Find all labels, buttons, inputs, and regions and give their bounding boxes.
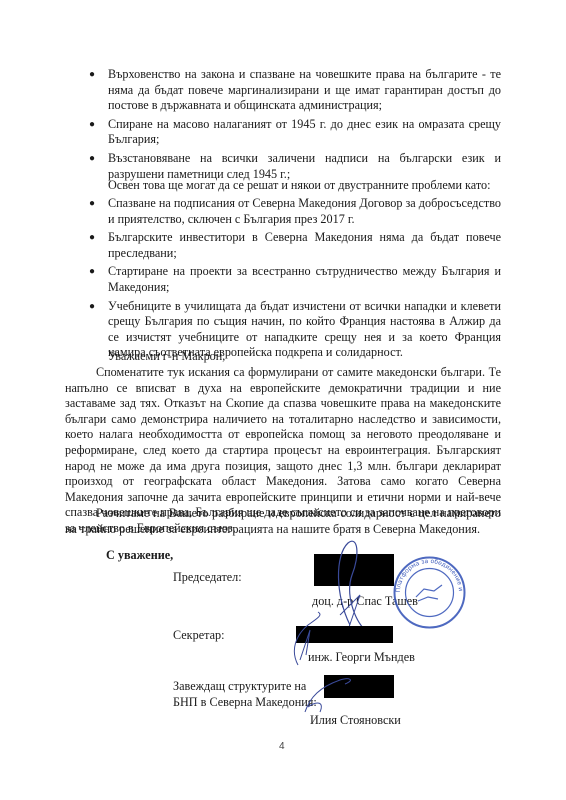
list-item: ●Върховенство на закона и спазване на чо…: [86, 67, 501, 114]
bullet-icon: ●: [89, 230, 95, 246]
stamp-icon: Платформа за обединение и развитие: [392, 555, 467, 630]
bilateral-list: ●Спазване на подписания от Северна Макед…: [86, 196, 501, 364]
document-page: ●Върховенство на закона и спазване на чо…: [0, 0, 566, 800]
list-item: ●Спиране на масово налаганият от 1945 г.…: [86, 117, 501, 148]
secretary-label: Секретар:: [173, 628, 224, 644]
bullet-icon: ●: [89, 196, 95, 212]
bilateral-intro: Освен това ще могат да се решат и някои …: [108, 178, 508, 194]
regards: С уважение,: [106, 548, 173, 564]
list-item: ●Българските инвеститори в Северна Макед…: [86, 230, 501, 261]
closing-paragraph: Разчитаме на Вашето разбиране и европейс…: [65, 506, 501, 537]
list-item: ●Спазване на подписания от Северна Макед…: [86, 196, 501, 227]
bullet-icon: ●: [89, 151, 95, 167]
chairman-label: Председател:: [173, 570, 242, 586]
page-number: 4: [279, 741, 285, 752]
bullet-icon: ●: [89, 67, 95, 83]
signature-icon: [300, 672, 360, 717]
bullet-icon: ●: [89, 299, 95, 315]
demands-list: ●Върховенство на закона и спазване на чо…: [86, 67, 501, 185]
salutation: Уважаеми г-н Макрон,: [108, 349, 225, 365]
bullet-icon: ●: [89, 264, 95, 280]
signature-icon: [330, 535, 380, 635]
signature-icon: [288, 610, 328, 670]
structures-label-2: БНП в Северна Македония:: [173, 695, 317, 711]
structures-label-1: Завеждащ структурите на: [173, 679, 306, 695]
list-item: ●Стартиране на проекти за всестранно сът…: [86, 264, 501, 295]
bullet-icon: ●: [89, 117, 95, 133]
